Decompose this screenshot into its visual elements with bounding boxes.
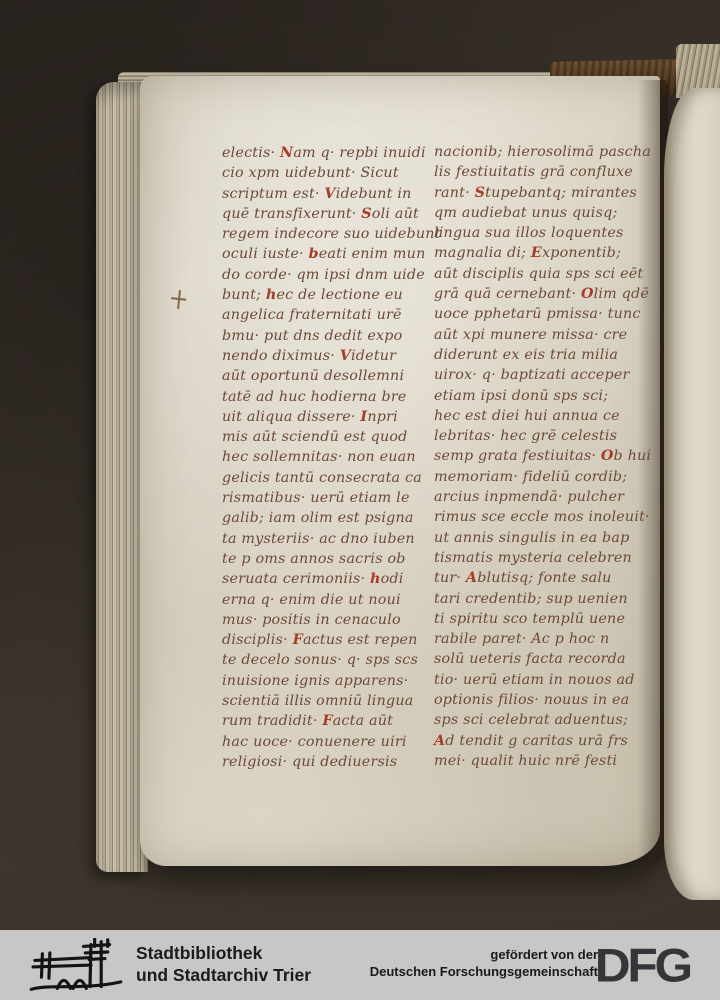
manuscript-line: electis· Nam q· repbi inuidi xyxy=(222,143,436,163)
right-text-column: nacionib; hierosolimā paschalis festiuit… xyxy=(434,142,662,771)
manuscript-line: lingua sua illos loquentes xyxy=(434,223,662,243)
funding-line1: gefördert von der xyxy=(370,946,598,963)
manuscript-line: disciplis· Factus est repen xyxy=(222,630,436,650)
footer-bar: Stadtbibliothek und Stadtarchiv Trier ge… xyxy=(0,930,720,1000)
manuscript-line: religiosi· qui dediuersis xyxy=(222,752,436,772)
library-name: Stadtbibliothek und Stadtarchiv Trier xyxy=(136,942,311,986)
manuscript-line: erna q· enim die ut noui xyxy=(222,590,436,610)
manuscript-line: ta mysteriis· ac dno iuben xyxy=(222,529,436,549)
manuscript-line: te decelo sonus· q· sps scs xyxy=(222,650,436,670)
manuscript-line: tio· uerū etiam in nouos ad xyxy=(434,670,662,690)
manuscript-line: oculi iuste· beati enim mun xyxy=(222,244,436,264)
manuscript-line: rimus sce eccle mos inoleuit· xyxy=(434,507,662,527)
manuscript-line: tari credentib; sup uenien xyxy=(434,589,662,609)
photo-background: electis· Nam q· repbi inuidicio xpm uide… xyxy=(0,0,720,1000)
manuscript-line: rismatibus· uerū etiam le xyxy=(222,488,436,508)
manuscript-line: rabile paret· Ac p hoc n xyxy=(434,629,662,649)
manuscript-line: mei· qualit huic nrē festi xyxy=(434,751,662,771)
manuscript-line: ti spiritu sco templū uene xyxy=(434,609,662,629)
manuscript-line: cio xpm uidebunt· Sicut xyxy=(222,163,436,183)
library-name-line2: und Stadtarchiv Trier xyxy=(136,964,311,986)
manuscript-line: ut annis singulis in ea bap xyxy=(434,528,662,548)
manuscript-line: sps sci celebrat aduentus; xyxy=(434,710,662,730)
funding-line2: Deutschen Forschungsgemeinschaft xyxy=(370,963,598,980)
margin-cross-mark xyxy=(169,289,189,311)
manuscript-line: uit aliqua dissere· Inpri xyxy=(222,407,436,427)
manuscript-line: regem indecore suo uidebunt xyxy=(222,224,436,244)
manuscript-line: nendo diximus· Videtur xyxy=(222,346,436,366)
facing-page-edge xyxy=(664,88,720,900)
manuscript-line: do corde· qm ipsi dnm uide xyxy=(222,265,436,285)
manuscript-line: semp grata festiuitas· Ob hui xyxy=(434,446,662,466)
manuscript-line: bunt; hec de lectione eu xyxy=(222,285,436,305)
manuscript-line: hec est diei hui annua ce xyxy=(434,406,662,426)
manuscript-line: te p oms annos sacris ob xyxy=(222,549,436,569)
manuscript-line: bmu· put dns dedit expo xyxy=(222,326,436,346)
library-name-line1: Stadtbibliothek xyxy=(136,942,311,964)
funding-credit: gefördert von der Deutschen Forschungsge… xyxy=(370,946,598,980)
manuscript-line: aūt oportunū desollemni xyxy=(222,366,436,386)
manuscript-line: inuisione ignis apparens· xyxy=(222,671,436,691)
manuscript-line: solū ueteris facta recorda xyxy=(434,649,662,669)
manuscript-line: tismatis mysteria celebren xyxy=(434,548,662,568)
manuscript-line: gelicis tantū consecrata ca xyxy=(222,468,436,488)
porta-nigra-logo-icon xyxy=(26,938,126,994)
manuscript-line: arcius inpmendā· pulcher xyxy=(434,487,662,507)
manuscript-line: seruata cerimoniis· hodi xyxy=(222,569,436,589)
manuscript-line: lis festiuitatis grā confluxe xyxy=(434,162,662,182)
manuscript-line: mus· positis in cenaculo xyxy=(222,610,436,630)
manuscript-line: hac uoce· conuenere uiri xyxy=(222,732,436,752)
manuscript-line: rum tradidit· Facta aūt xyxy=(222,711,436,731)
manuscript-line: qm audiebat unus quisq; xyxy=(434,203,662,223)
manuscript-line: angelica fraternitati urē xyxy=(222,305,436,325)
manuscript-line: etiam ipsi donū sps sci; xyxy=(434,386,662,406)
manuscript-line: grā quā cernebant· Olim qdē xyxy=(434,284,662,304)
manuscript-line: aūt disciplis quia sps sci eēt xyxy=(434,264,662,284)
manuscript-line: quē transfixerunt· Soli aūt xyxy=(222,204,436,224)
manuscript-line: optionis filios· nouus in ea xyxy=(434,690,662,710)
dfg-logo: DFG xyxy=(595,937,720,992)
manuscript-line: hec sollemnitas· non euan xyxy=(222,447,436,467)
manuscript-line: uoce pphetarū pmissa· tunc xyxy=(434,304,662,324)
manuscript-line: tur· Ablutisq; fonte salu xyxy=(434,568,662,588)
manuscript-line: mis aūt sciendū est quod xyxy=(222,427,436,447)
manuscript-line: aūt xpi munere missa· cre xyxy=(434,325,662,345)
manuscript-line: uirox· q· baptizati acceper xyxy=(434,365,662,385)
manuscript-line: rant· Stupebantq; mirantes xyxy=(434,183,662,203)
manuscript-line: Ad tendit g caritas urā frs xyxy=(434,731,662,751)
left-text-column: electis· Nam q· repbi inuidicio xpm uide… xyxy=(222,143,436,772)
manuscript-line: scientiā illis omniū lingua xyxy=(222,691,436,711)
manuscript-line: scriptum est· Videbunt in xyxy=(222,184,436,204)
manuscript-line: nacionib; hierosolimā pascha xyxy=(434,142,662,162)
manuscript-line: tatē ad huc hodierna bre xyxy=(222,387,436,407)
manuscript-line: memoriam· fideliū cordib; xyxy=(434,467,662,487)
manuscript-line: galib; iam olim est psigna xyxy=(222,508,436,528)
manuscript-line: diderunt ex eis tria milia xyxy=(434,345,662,365)
manuscript-line: magnalia di; Exponentib; xyxy=(434,243,662,263)
manuscript-line: lebritas· hec grē celestis xyxy=(434,426,662,446)
